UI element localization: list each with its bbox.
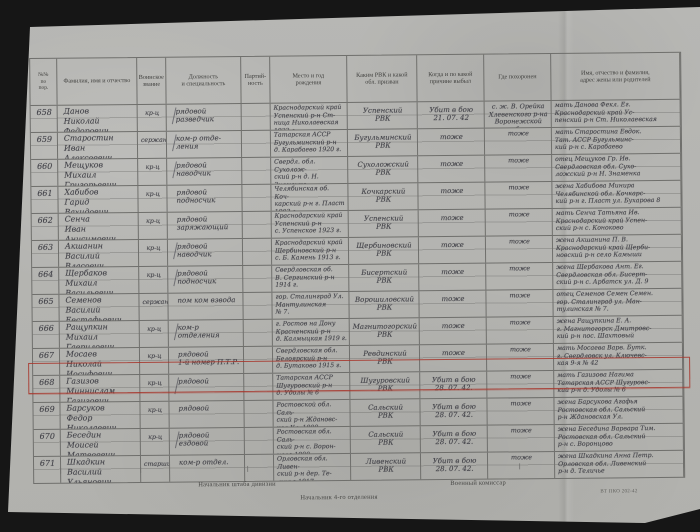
cell-rank: старшина — [141, 456, 170, 482]
cell-fate: тоже — [418, 156, 485, 183]
cell-rvk: Сухоложский РВК — [348, 156, 418, 183]
checkmark-icon — [167, 133, 177, 151]
cell-rvk: Шугуровский РВК — [350, 372, 420, 399]
cell-num: 670 — [34, 430, 61, 456]
cell-birth: Свердловская об. В. Сергинский р-н 1914 … — [272, 265, 349, 292]
cell-rvk: Успенский РВК — [349, 210, 419, 237]
cell-name: Мосаев Николай Иосифович — [60, 348, 140, 375]
cell-birth: Ростовская обл. Саль- ский р-н с. Ворон-… — [274, 427, 351, 454]
cell-birth: г. Ростов на Дону Красненский р-н д. Кал… — [273, 319, 350, 346]
cell-num: 664 — [32, 268, 59, 294]
cell-fate: Убит в бою 28. 07. 42. — [420, 372, 487, 399]
cell-fate: тоже — [419, 264, 486, 291]
print-mark: ВТ ПКО 202-42 — [600, 489, 637, 494]
cell-rank: кр-ц — [139, 213, 168, 239]
cell-family: жена Акшанина П. В. Краснодарский край Щ… — [553, 235, 682, 262]
cell-rank: кр-ц — [138, 186, 167, 212]
header-fate: Когда и по какой причине выбыл — [417, 55, 484, 102]
cell-birth: Ростовской обл. Саль- ский р-н Ждановс- … — [273, 400, 350, 427]
cell-rvk: Бугульминский РВК — [348, 129, 418, 156]
cell-party — [242, 104, 271, 130]
cell-burial: тоже — [486, 209, 553, 236]
cell-party — [243, 293, 272, 319]
cell-rank: кр-ц — [139, 240, 168, 266]
cell-duty: ком-р отдел. — [170, 455, 245, 482]
cell-burial: тоже — [487, 317, 554, 344]
cell-party — [242, 158, 271, 184]
cell-fate: Убит в бою 21. 07. 42 — [418, 102, 485, 129]
cell-rvk: Магнитогорский РВК — [350, 318, 420, 345]
cell-family: мать Мосаева Варв. Бутк. г. Свердловск у… — [554, 343, 683, 370]
cell-burial: с. ж. В. Орейка Хлевенского р-на Воронеж… — [485, 101, 552, 128]
cell-rvk: Сальский РВК — [351, 426, 421, 453]
cell-name: Сенча Иван Анисимович — [59, 213, 139, 240]
cell-burial: тоже — [488, 452, 555, 479]
cell-family: жена Ращупкина Е. А. г. Магнитогорск Дми… — [554, 316, 683, 343]
cell-birth: Свердл. обл. Сухолож- ский р-н д. Н. Зна… — [271, 157, 348, 184]
checkmark-icon — [168, 268, 178, 286]
cell-name: Семенов Василий Евстафьевич — [59, 294, 139, 321]
column-line-stub — [683, 462, 684, 468]
cell-rvk: Щербиновский РВК — [349, 237, 419, 264]
cell-burial: тоже — [488, 425, 555, 452]
cell-family: мать Данова Фекл. Ег. Краснодарский край… — [552, 100, 681, 127]
cell-party — [244, 374, 273, 400]
cell-party — [244, 320, 273, 346]
checkmark-icon — [169, 322, 179, 340]
cell-rvk: Ворошиловский РВК — [349, 291, 419, 318]
cell-num: 663 — [32, 241, 59, 267]
header-party: Партий- ность — [241, 57, 270, 103]
cell-fate: тоже — [418, 183, 485, 210]
cell-party — [242, 131, 271, 157]
cell-rvk: Успенский РВК — [348, 102, 418, 129]
cell-burial: тоже — [487, 398, 554, 425]
cell-family: жена Барсукова Агафья Ростовская обл. Са… — [554, 397, 683, 424]
cell-num: 667 — [33, 349, 60, 375]
cell-family: отец Мещуков Гр. Ив. Свердловская обл. С… — [552, 154, 681, 181]
cell-birth: Свердловская обл. Белоярский р-н д. Бута… — [273, 346, 350, 373]
cell-fate: Убит в бою 28. 07. 42. — [420, 399, 487, 426]
cell-family: мать Старостина Евдок. Тат. АССР Бугульм… — [552, 127, 681, 154]
cell-rank: кр-ц — [140, 321, 169, 347]
cell-duty: ком-р отделения — [169, 320, 244, 347]
signature-chief-of-staff: Начальник штаба дивизии — [198, 481, 276, 489]
cell-birth: Татарская АССР Шугуровский р-н д. Удолы … — [273, 373, 350, 400]
header-rank: Воинское звание — [137, 58, 166, 104]
cell-family: жена Беседина Варвара Тим. Ростовская об… — [555, 424, 684, 451]
cell-party — [243, 266, 272, 292]
cell-birth: Челябинская об. Коч- карский р-н г. Плас… — [271, 184, 348, 211]
cell-num: 660 — [31, 160, 58, 186]
checkmark-icon — [167, 160, 177, 178]
cell-fate: тоже — [419, 210, 486, 237]
column-line-stub — [519, 463, 520, 469]
header-row-number: №№ по пор. — [30, 59, 57, 105]
cell-birth: Краснодарский край Успенский р-н Ст- ниц… — [271, 103, 348, 130]
cell-name: Данов Николай Федорович — [58, 105, 138, 132]
cell-name: Газизов Миннислам Газизович — [60, 375, 140, 402]
cell-fate: Убит в бою 28. 07. 42. — [421, 453, 488, 480]
cell-burial: тоже — [486, 263, 553, 290]
cell-party — [243, 212, 272, 238]
cell-fate: тоже — [419, 237, 486, 264]
cell-rvk: Сальский РВК — [350, 399, 420, 426]
cell-duty: рядовой ездовой — [170, 428, 245, 455]
cell-party — [242, 185, 271, 211]
header-full-name: Фамилия, имя и отчество — [57, 58, 137, 105]
header-drafted-by: Каким РВК и какой обл. призван — [347, 55, 417, 102]
cell-num: 659 — [31, 133, 58, 159]
table-body: 658Данов Николай Федоровичкр-црядовой ра… — [31, 100, 685, 483]
scanned-page: №№ по пор. Фамилия, имя и отчество Воинс… — [0, 0, 700, 532]
cell-burial: тоже — [487, 344, 554, 371]
cell-fate: тоже — [420, 345, 487, 372]
cell-birth: Орловская обл. Ливен- ский р-н дер. Те- … — [274, 454, 351, 481]
cell-birth: Татарская АССР Бугульминский р-н д. Кара… — [271, 130, 348, 157]
cell-duty: ком-р отде- ления — [167, 131, 242, 158]
cell-burial: тоже — [485, 128, 552, 155]
cell-name: Акшанин Василий Власович — [59, 240, 139, 267]
cell-rank: кр-ц — [140, 375, 169, 401]
cell-duty: рядовой заряжающий — [168, 212, 243, 239]
cell-birth: Краснодарский край Успенский р-н с. Успе… — [272, 211, 349, 238]
cell-name: Шкадкин Василий Ульянович — [61, 456, 141, 483]
casualty-table: №№ по пор. Фамилия, имя и отчество Воинс… — [29, 52, 685, 484]
cell-fate: тоже — [418, 129, 485, 156]
column-line-stub — [60, 468, 61, 474]
checkmark-icon — [168, 241, 178, 259]
column-line-stub — [385, 465, 386, 471]
checkmark-icon — [167, 106, 177, 124]
cell-name: Ращупкин Михаил Гаврилович — [60, 321, 140, 348]
cell-rvk: Бисертский РВК — [349, 264, 419, 291]
table-header: №№ по пор. Фамилия, имя и отчество Воинс… — [30, 53, 680, 106]
cell-rank: кр-ц — [138, 159, 167, 185]
header-next-of-kin: Имя, отчество и фамилия, адрес жены или … — [551, 53, 680, 100]
cell-fate: тоже — [419, 291, 486, 318]
cell-duty: рядовой разведчик — [167, 104, 242, 131]
cell-name: Беседин Моисей Матвеевич — [61, 429, 141, 456]
signature-commissar: Военный комиссар — [450, 479, 506, 487]
signature-section-chief: Начальник 4-го отделения — [300, 494, 377, 502]
cell-duty: рядовой подносчик — [168, 266, 243, 293]
cell-family: жена Щербакова Ант. Ег. Свердловская обл… — [553, 262, 682, 289]
cell-burial: тоже — [487, 371, 554, 398]
cell-num: 669 — [33, 403, 60, 429]
cell-rank: сержант — [138, 132, 167, 158]
header-burial-place: Где похоронен — [484, 54, 551, 101]
cell-burial: тоже — [485, 182, 552, 209]
cell-family: жена Шкадкина Анна Петр. Орловская обл. … — [555, 451, 684, 478]
sheet-content: №№ по пор. Фамилия, имя и отчество Воинс… — [0, 0, 700, 532]
cell-rank: сержант — [139, 294, 168, 320]
cell-duty: рядовой подносчик — [167, 185, 242, 212]
cell-rvk: Кочкарский РВК — [348, 183, 418, 210]
cell-name: Хабибов Гарид Вахидович — [58, 186, 138, 213]
column-line-stub — [247, 466, 248, 472]
cell-family: отец Семенов Семен Семен. гор. Сталингра… — [553, 289, 682, 316]
cell-num: 661 — [31, 187, 58, 213]
cell-burial: тоже — [486, 290, 553, 317]
cell-duty: рядовой наводчик — [167, 158, 242, 185]
cell-duty: рядовой наводчик — [168, 239, 243, 266]
table-row: 671Шкадкин Василий Ульяновичстаршинаком-… — [34, 451, 684, 483]
cell-duty: рядовой — [169, 374, 244, 401]
cell-name: Щербаков Михаил Васильевич — [59, 267, 139, 294]
cell-name: Барсуков Федор Николаевич — [60, 402, 140, 429]
cell-fate: тоже — [420, 318, 487, 345]
paper-sheet: №№ по пор. Фамилия, имя и отчество Воинс… — [0, 0, 700, 532]
checkmark-icon — [170, 430, 180, 448]
cell-num: 666 — [33, 322, 60, 348]
cell-rvk: Ревдинский РВК — [350, 345, 420, 372]
cell-duty: пом ком взвода — [168, 293, 243, 320]
cell-party — [245, 455, 274, 481]
cell-rank: кр-ц — [140, 348, 169, 374]
cell-family: мать Газизова Нагима Татарская АССР Шугу… — [554, 370, 683, 397]
cell-rank: кр-ц — [138, 105, 167, 131]
cell-num: 658 — [31, 106, 58, 132]
cell-num: 668 — [33, 376, 60, 402]
cell-birth: Краснодарский край Щербиновский р-н с. Б… — [272, 238, 349, 265]
cell-name: Мещуков Михаил Григорьевич — [58, 159, 138, 186]
cell-duty: рядовой — [169, 401, 244, 428]
cell-num: 665 — [32, 295, 59, 321]
cell-party — [243, 239, 272, 265]
cell-rank: кр-ц — [139, 267, 168, 293]
column-line-stub — [140, 467, 141, 473]
checkmark-icon — [169, 376, 179, 394]
cell-burial: тоже — [486, 236, 553, 263]
cell-num: 662 — [32, 214, 59, 240]
header-duty: Должность и специальность — [166, 57, 241, 104]
cell-burial: тоже — [485, 155, 552, 182]
cell-duty: рядовой 1-й номер П.Т.Р. — [169, 347, 244, 374]
cell-rank: кр-ц — [140, 402, 169, 428]
header-birth: Место и год рождения — [270, 56, 347, 103]
cell-party — [244, 347, 273, 373]
cell-birth: гор. Сталинград Ул. Мантулинская № 7. — [272, 292, 349, 319]
cell-party — [244, 401, 273, 427]
cell-family: жена Хабибова Минира Челябинской обл. Ко… — [552, 181, 681, 208]
cell-party — [245, 428, 274, 454]
cell-fate: Убит в бою 28. 07. 42. — [421, 426, 488, 453]
cell-rank: кр-ц — [141, 429, 170, 455]
cell-family: мать Сенча Татьяна Ив. Краснодарский кра… — [553, 208, 682, 235]
cell-name: Старостин Иван Алексеевич — [58, 132, 138, 159]
cell-num: 671 — [34, 457, 61, 483]
